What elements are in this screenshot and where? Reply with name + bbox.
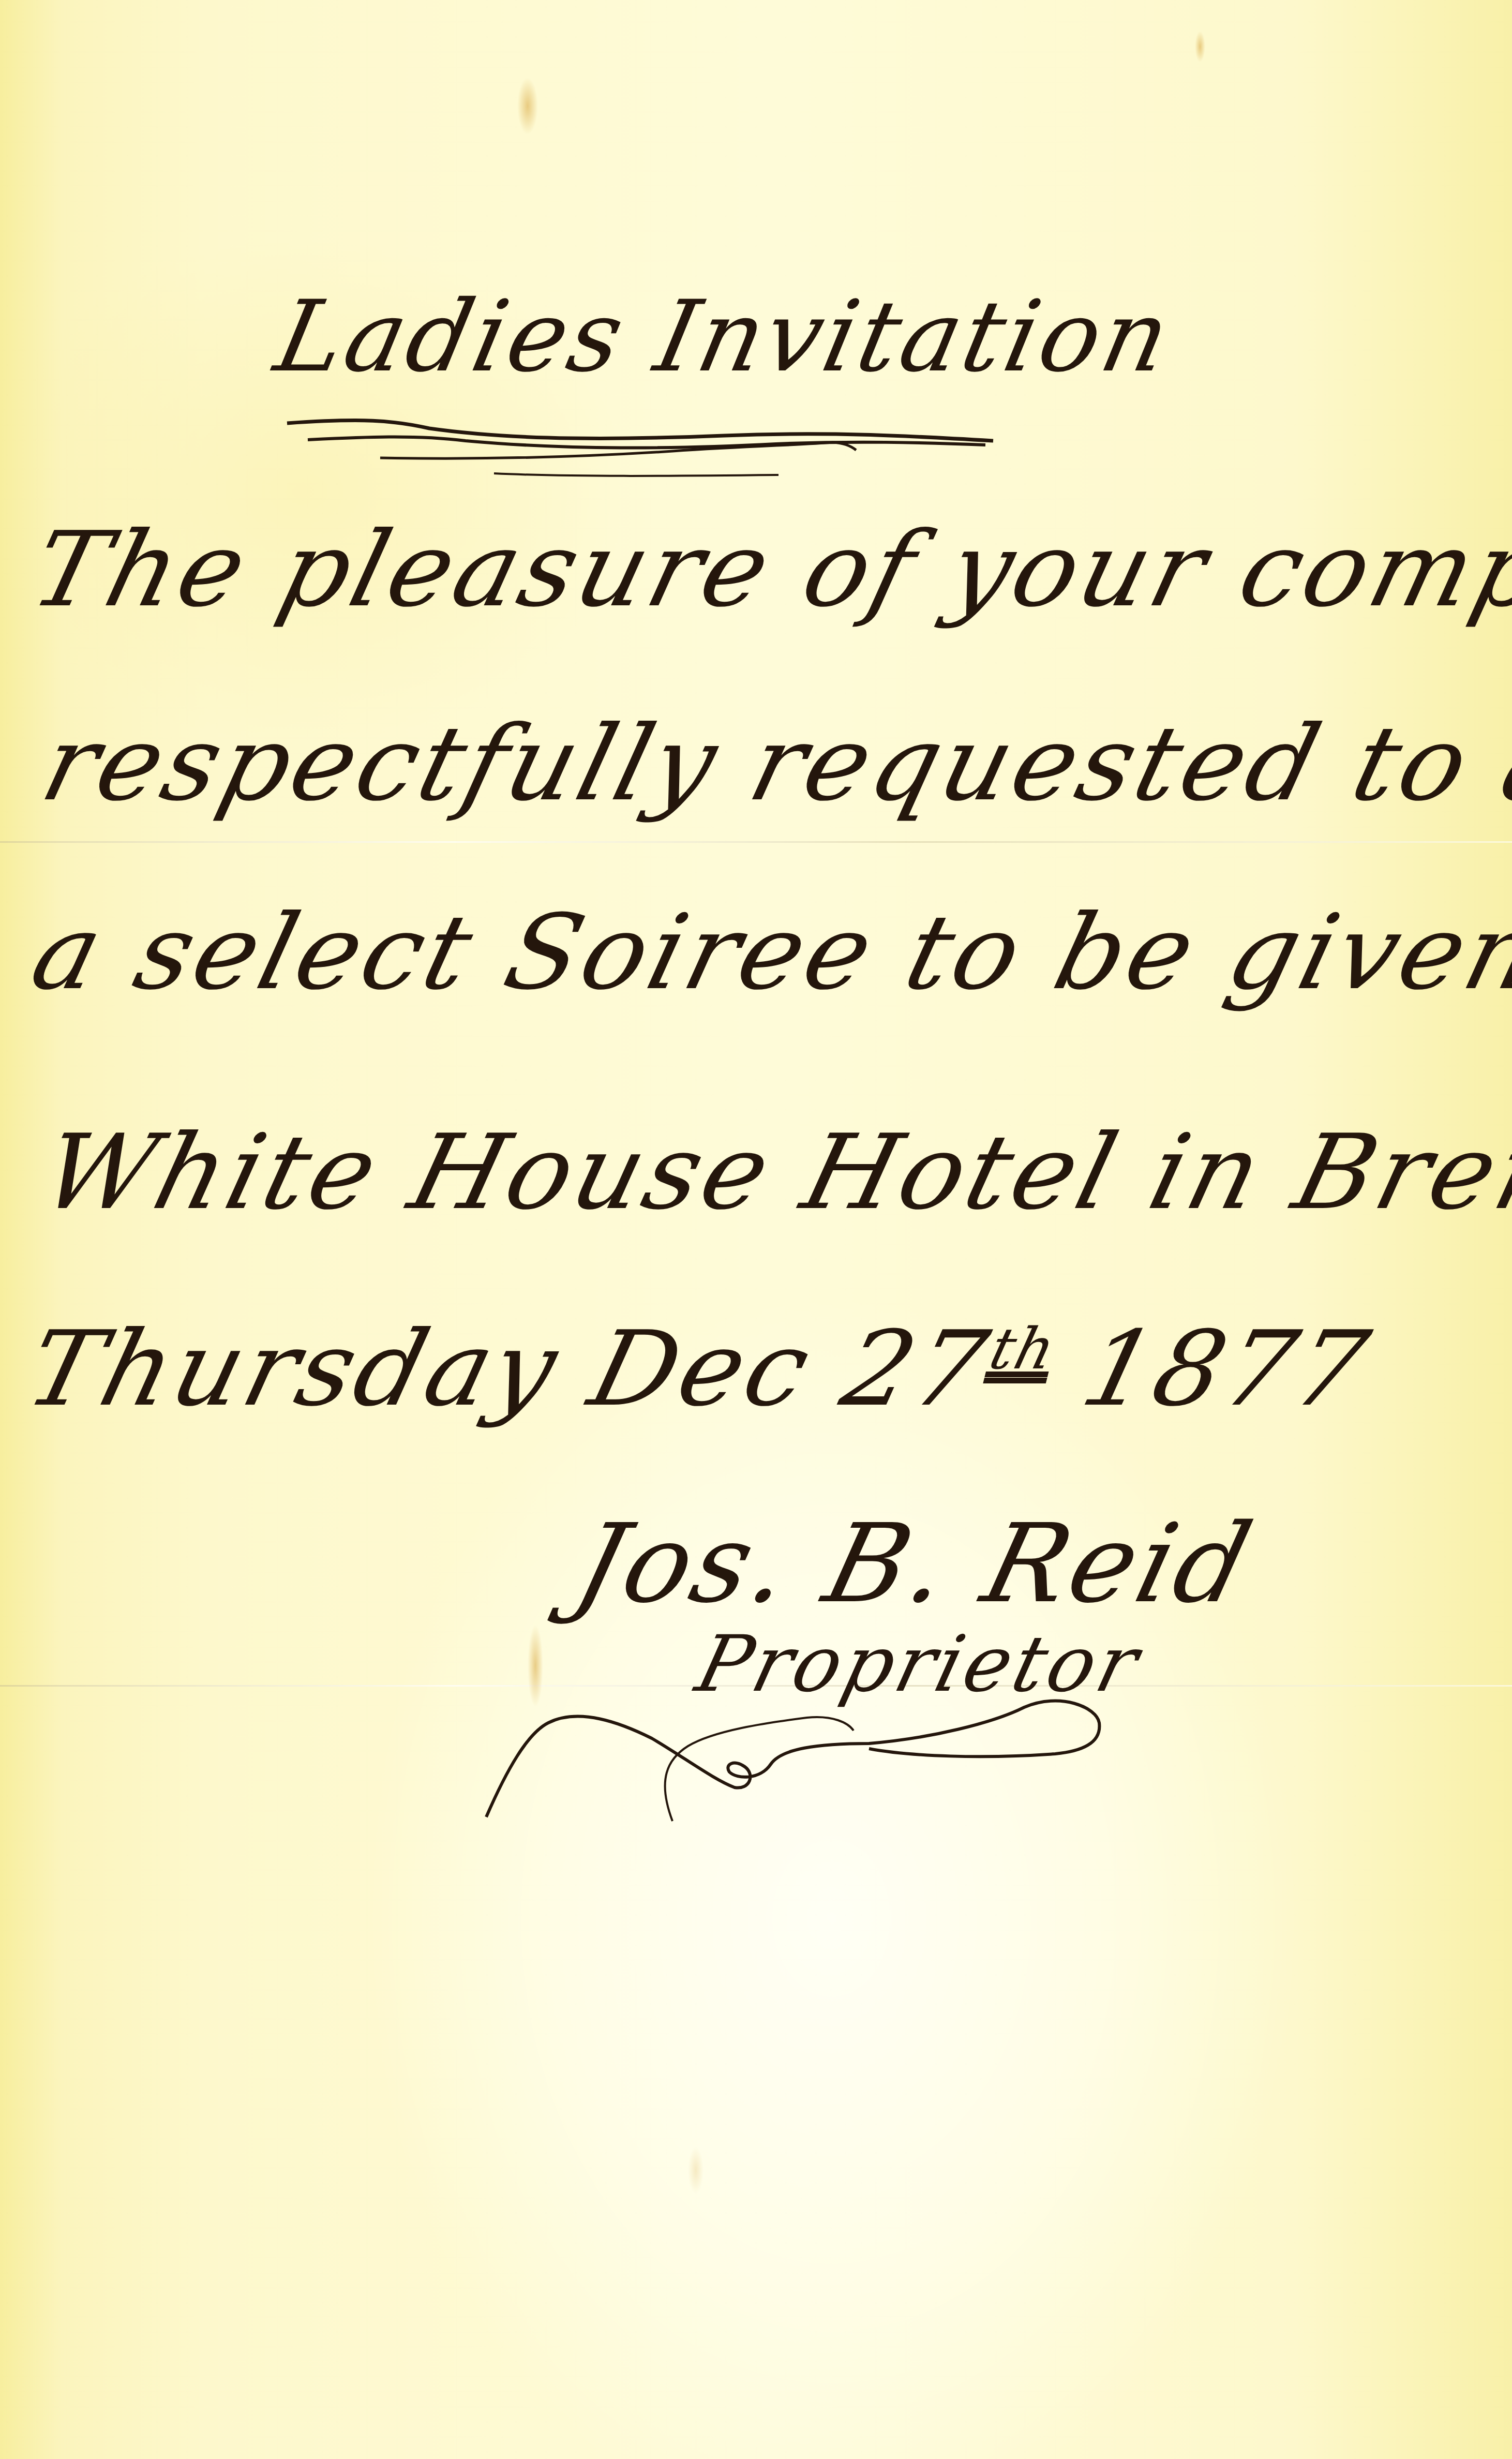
signature-flourish (0, 0, 1512, 2459)
